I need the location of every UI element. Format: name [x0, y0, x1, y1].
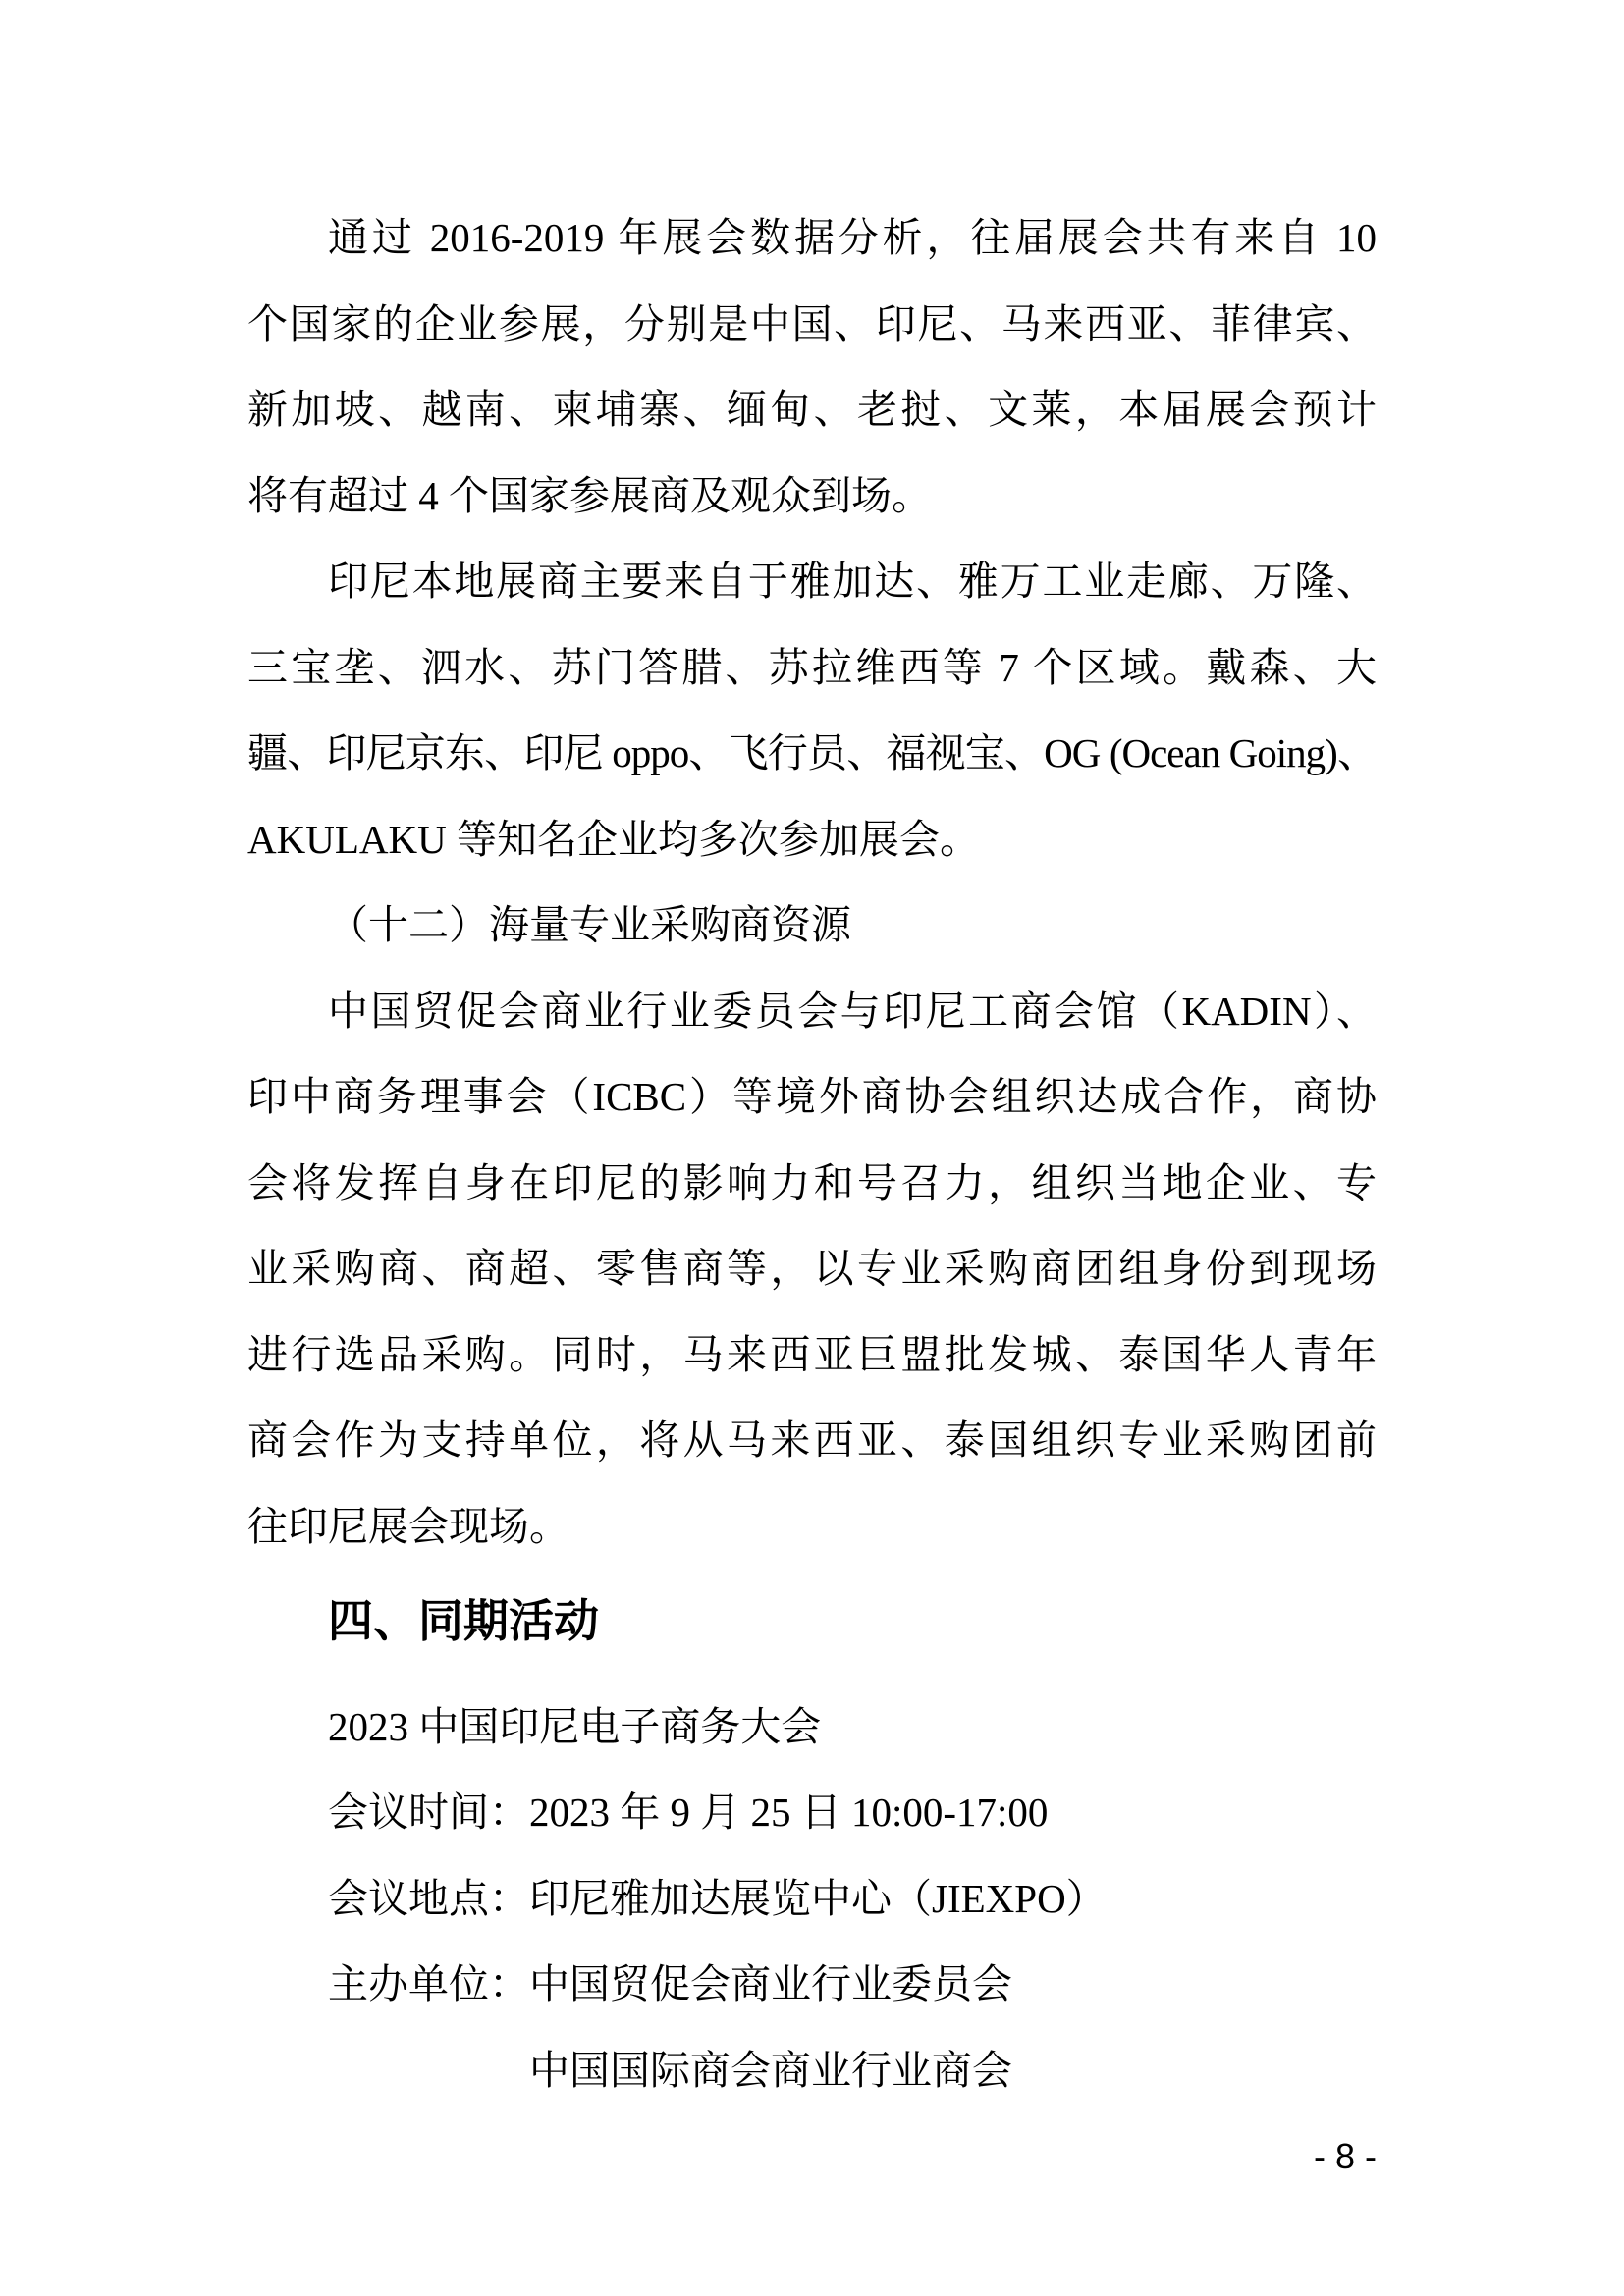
body-text-line: 三宝垄、泗水、苏门答腊、苏拉维西等 7 个区域。戴森、大	[247, 625, 1377, 712]
event-time-line: 会议时间：2023 年 9 月 25 日 10:00-17:00	[247, 1770, 1377, 1856]
body-text-line: 商会作为支持单位，将从马来西亚、泰国组织专业采购团前	[247, 1398, 1377, 1484]
sub-heading-line: （十二）海量专业采购商资源	[247, 882, 1377, 969]
section-heading: 四、同期活动	[247, 1578, 1377, 1665]
paragraph-2: 印尼本地展商主要来自于雅加达、雅万工业走廊、万隆、 三宝垄、泗水、苏门答腊、苏拉…	[247, 539, 1377, 882]
body-text-line: 业采购商、商超、零售商等，以专业采购商团组身份到现场	[247, 1226, 1377, 1312]
body-text-line: 会将发挥自身在印尼的影响力和号召力，组织当地企业、专	[247, 1141, 1377, 1227]
body-text-line: AKULAKU 等知名企业均多次参加展会。	[247, 797, 1377, 883]
document-page: 通过 2016-2019 年展会数据分析，往届展会共有来自 10 个国家的企业参…	[0, 0, 1624, 2296]
page-content: 通过 2016-2019 年展会数据分析，往届展会共有来自 10 个国家的企业参…	[247, 0, 1377, 2178]
event-venue-line: 会议地点：印尼雅加达展览中心（JIEXPO）	[247, 1856, 1377, 1943]
page-footer: - 8 -	[247, 2135, 1377, 2178]
body-text-line: 将有超过 4 个国家参展商及观众到场。	[247, 454, 1377, 540]
body-text-line: 中国贸促会商业行业委员会与印尼工商会馆（KADIN）、	[247, 969, 1377, 1055]
body-text-line: 通过 2016-2019 年展会数据分析，往届展会共有来自 10	[247, 195, 1377, 282]
event-info: 2023 中国印尼电子商务大会 会议时间：2023 年 9 月 25 日 10:…	[247, 1684, 1377, 2114]
paragraph-1: 通过 2016-2019 年展会数据分析，往届展会共有来自 10 个国家的企业参…	[247, 195, 1377, 539]
body-text-line: 往印尼展会现场。	[247, 1484, 1377, 1571]
body-text-line: 印中商务理事会（ICBC）等境外商协会组织达成合作，商协	[247, 1054, 1377, 1141]
body-text-line: 疆、印尼京东、印尼 oppo、飞行员、福视宝、OG (Ocean Going)、	[247, 711, 1377, 797]
body-text-line: 进行选品采购。同时，马来西亚巨盟批发城、泰国华人青年	[247, 1312, 1377, 1399]
body-text-line: 个国家的企业参展，分别是中国、印尼、马来西亚、菲律宾、	[247, 282, 1377, 368]
page-number: - 8 -	[1314, 2136, 1377, 2176]
paragraph-3: 中国贸促会商业行业委员会与印尼工商会馆（KADIN）、 印中商务理事会（ICBC…	[247, 969, 1377, 1571]
event-organizer-line-2: 中国国际商会商业行业商会	[247, 2028, 1377, 2114]
body-text-line: 印尼本地展商主要来自于雅加达、雅万工业走廊、万隆、	[247, 539, 1377, 625]
body-text-line: 新加坡、越南、柬埔寨、缅甸、老挝、文莱，本届展会预计	[247, 367, 1377, 454]
event-title-line: 2023 中国印尼电子商务大会	[247, 1684, 1377, 1771]
event-organizer-line: 主办单位：中国贸促会商业行业委员会	[247, 1942, 1377, 2028]
